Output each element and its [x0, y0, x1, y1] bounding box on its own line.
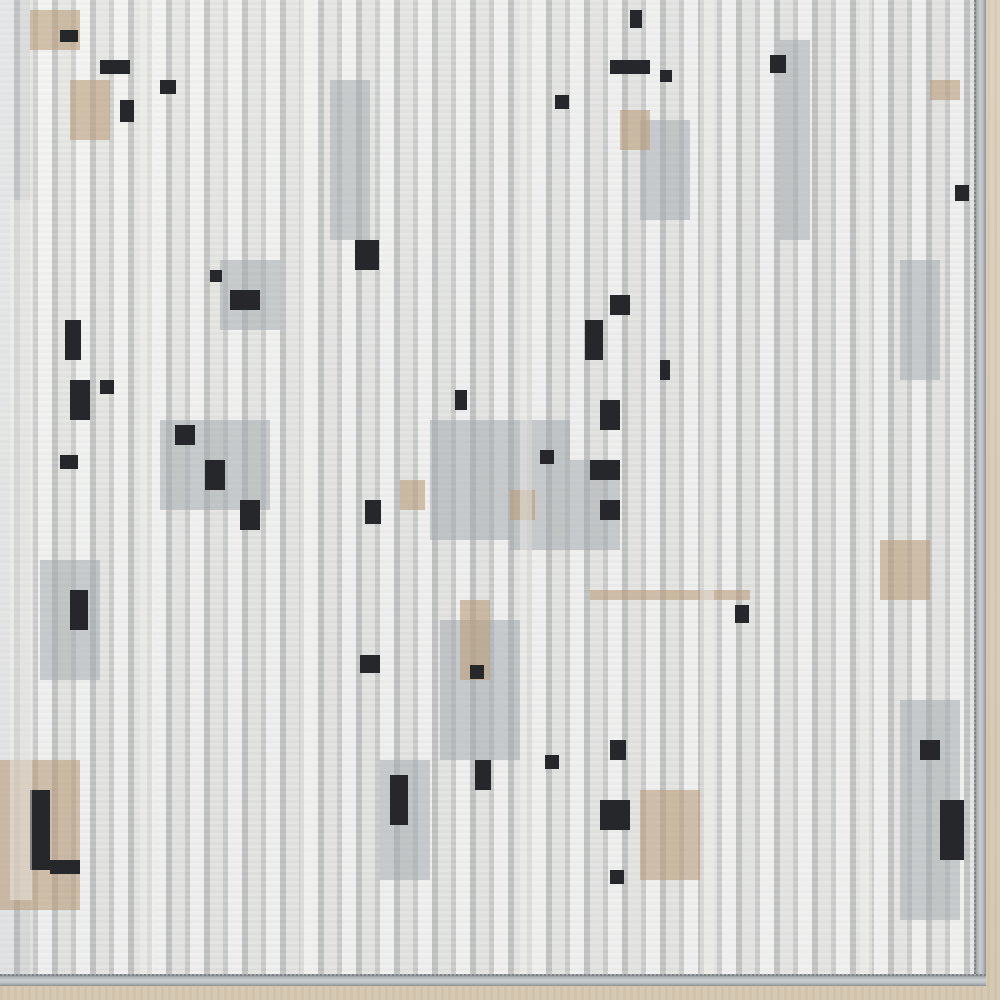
rug-binding-edge-bottom [0, 974, 986, 986]
rug-pattern-splotches [0, 0, 986, 986]
rug [0, 0, 986, 986]
rug-binding-edge-right [974, 0, 986, 986]
